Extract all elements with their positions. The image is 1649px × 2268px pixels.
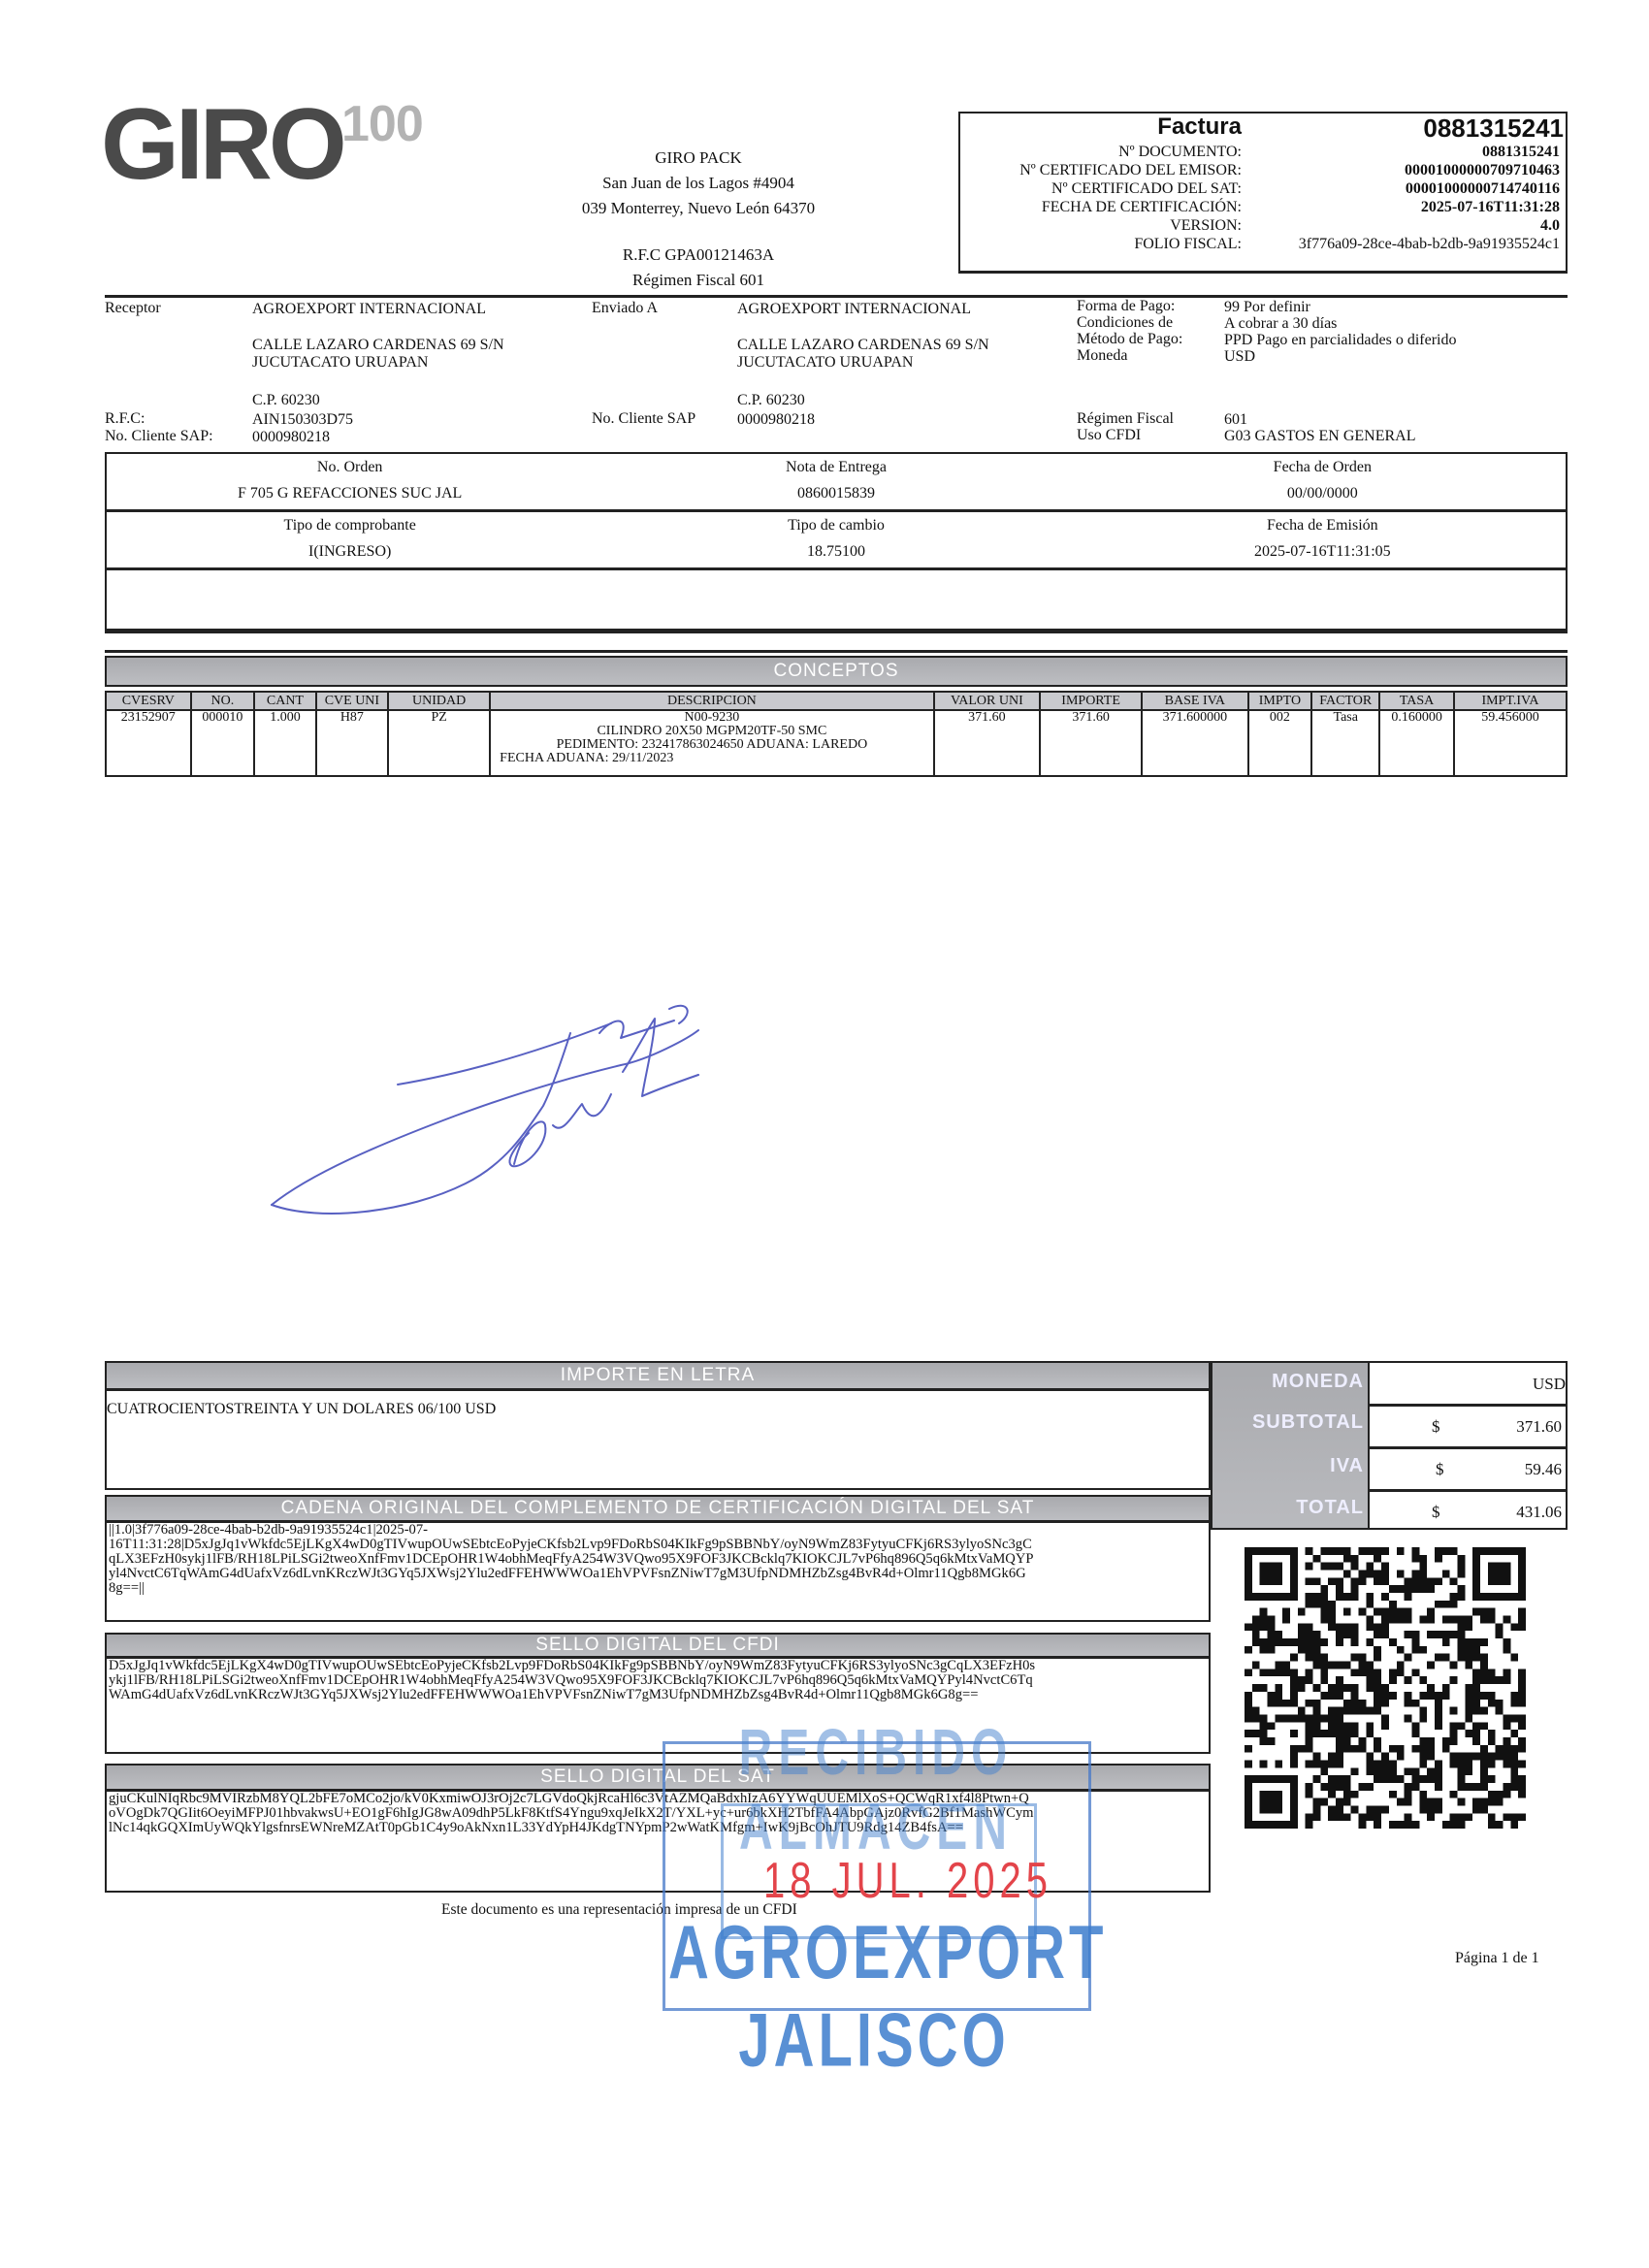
items-header-row: CVESRV NO. CANT CVE UNI UNIDAD DESCRIPCI…: [106, 692, 1567, 710]
ship-to-sap: 0000980218: [737, 412, 815, 428]
invoice-number: 0881315241: [1423, 113, 1564, 144]
ship-to-name: AGROEXPORT INTERNACIONAL: [737, 302, 971, 317]
invoice-title: Factura: [960, 113, 1242, 141]
order-number-cell: No. Orden F 705 G REFACCIONES SUC JAL: [107, 454, 593, 509]
total-label: TOTAL: [1296, 1497, 1364, 1519]
iva-label: IVA: [1330, 1455, 1364, 1477]
moneda-total: USD: [1533, 1375, 1566, 1394]
forma-pago-label: Forma de Pago:: [1077, 299, 1175, 314]
voucher-type-cell: Tipo de comprobante I(INGRESO): [107, 512, 593, 567]
receptor-rfc-label: R.F.C:: [105, 411, 145, 427]
receptor-label: Receptor: [105, 301, 161, 316]
ship-to-street: CALLE LAZARO CARDENAS 69 S/N: [737, 338, 989, 353]
total-row: $ 431.06: [1370, 1491, 1566, 1532]
iva: 59.46: [1525, 1460, 1562, 1479]
importe-letra-text: CUATROCIENTOSTREINTA Y UN DOLARES 06/100…: [107, 1401, 496, 1418]
metodo-pago-label: Método de Pago:: [1077, 332, 1182, 347]
logo-main-text: GIRO: [101, 87, 343, 203]
issue-date-cell: Fecha de Emisión 2025-07-16T11:31:05: [1080, 512, 1566, 567]
totals-values: USD $ 371.60 $ 59.46 $ 431.06: [1368, 1361, 1568, 1530]
field-documento: Nº DOCUMENTO:0881315241: [960, 143, 1562, 161]
moneda: USD: [1224, 349, 1255, 365]
field-version: VERSION:4.0: [960, 216, 1562, 235]
logo-suffix-text: 100: [341, 95, 423, 153]
item-description: N00-9230 CILINDRO 20X50 MGPM20TF-50 SMC …: [490, 710, 933, 776]
field-cert-sat: Nº CERTIFICADO DEL SAT:00001000000714740…: [960, 179, 1562, 198]
issuer-info: GIRO PACK San Juan de los Lagos #4904 03…: [524, 146, 873, 293]
exchange-rate-cell: Tipo de cambio 18.75100: [593, 512, 1079, 567]
moneda-total-row: USD: [1370, 1363, 1566, 1407]
stamp-top-text: RECIBIDO ALMACEN: [672, 1716, 1080, 1865]
receptor-street: CALLE LAZARO CARDENAS 69 S/N: [252, 338, 504, 353]
forma-pago: 99 Por definir: [1224, 300, 1310, 315]
condiciones-label: Condiciones de: [1077, 315, 1173, 331]
totals-labels: MONEDA SUBTOTAL IVA TOTAL: [1211, 1361, 1370, 1530]
order-date-cell: Fecha de Orden 00/00/0000: [1080, 454, 1566, 509]
receptor-cp: C.P. 60230: [252, 393, 320, 408]
subtotal-row: $ 371.60: [1370, 1406, 1566, 1449]
ship-to-sap-label: No. Cliente SAP: [592, 411, 695, 427]
uso-cfdi: G03 GASTOS EN GENERAL: [1224, 429, 1415, 444]
regimen: 601: [1224, 412, 1247, 428]
subtotal: 371.60: [1516, 1417, 1562, 1437]
sello-cfdi-header: SELLO DIGITAL DEL CFDI: [105, 1633, 1211, 1658]
table-row: 23152907 000010 1.000 H87 PZ N00-9230 CI…: [106, 710, 1567, 776]
items-table: CVESRV NO. CANT CVE UNI UNIDAD DESCRIPCI…: [105, 691, 1568, 777]
regimen-label: Régimen Fiscal: [1077, 411, 1174, 427]
page-number: Página 1 de 1: [1455, 1950, 1539, 1967]
conceptos-header: CONCEPTOS: [105, 656, 1568, 687]
received-stamp: RECIBIDO ALMACEN 18 JUL. 2025 AGROEXPORT…: [663, 1741, 1085, 2005]
exchange-rate: 18.75100: [593, 538, 1079, 565]
issuer-address-1: San Juan de los Lagos #4904: [524, 171, 873, 196]
issuer-rfc: R.F.C GPA00121463A: [524, 243, 873, 268]
order-date: 00/00/0000: [1080, 480, 1566, 506]
order-empty-row: [107, 570, 1566, 627]
condiciones: A cobrar a 30 días: [1224, 316, 1337, 332]
uso-cfdi-label: Uso CFDI: [1077, 428, 1141, 443]
receptor-rfc: AIN150303D75: [252, 412, 353, 428]
signature-icon: [262, 980, 718, 1232]
field-cert-emisor: Nº CERTIFICADO DEL EMISOR:00001000000709…: [960, 161, 1562, 179]
issue-date: 2025-07-16T11:31:05: [1080, 538, 1566, 565]
voucher-type: I(INGRESO): [107, 538, 593, 565]
stamp-bottom-text: AGROEXPORT JALISCO: [668, 1909, 1080, 2085]
receptor-name: AGROEXPORT INTERNACIONAL: [252, 302, 486, 317]
metodo-pago: PPD Pago en parcialidades o diferido: [1224, 333, 1457, 348]
stamp-date: 18 JUL. 2025: [763, 1853, 1052, 1910]
divider: [105, 631, 1568, 633]
divider: [105, 650, 1568, 653]
receptor-sap: 0000980218: [252, 430, 330, 445]
qr-code-icon: [1245, 1547, 1526, 1829]
divider: [105, 295, 1568, 298]
cadena-original-header: CADENA ORIGINAL DEL COMPLEMENTO DE CERTI…: [105, 1495, 1211, 1522]
importe-letra-header: IMPORTE EN LETRA: [105, 1361, 1211, 1390]
moneda-total-label: MONEDA: [1272, 1371, 1364, 1393]
field-folio-fiscal: FOLIO FISCAL:3f776a09-28ce-4bab-b2db-9a9…: [960, 235, 1562, 253]
delivery-note: 0860015839: [593, 480, 1079, 506]
ship-to-cp: C.P. 60230: [737, 393, 805, 408]
company-logo: GIRO 100: [101, 97, 469, 204]
field-fecha-cert: FECHA DE CERTIFICACIÓN:2025-07-16T11:31:…: [960, 198, 1562, 216]
ship-to-label: Enviado A: [592, 301, 658, 316]
issuer-name: GIRO PACK: [524, 146, 873, 171]
total: 431.06: [1516, 1503, 1562, 1522]
moneda-label: Moneda: [1077, 348, 1127, 364]
subtotal-label: SUBTOTAL: [1252, 1411, 1364, 1434]
issuer-address-2: 039 Monterrey, Nuevo León 64370: [524, 196, 873, 221]
cadena-original-box: ||1.0|3f776a09-28ce-4bab-b2db-9a91935524…: [105, 1520, 1211, 1622]
importe-letra-box: CUATROCIENTOSTREINTA Y UN DOLARES 06/100…: [105, 1388, 1211, 1490]
order-number: F 705 G REFACCIONES SUC JAL: [107, 480, 593, 506]
order-info-box: No. Orden F 705 G REFACCIONES SUC JAL No…: [105, 452, 1568, 631]
delivery-note-cell: Nota de Entrega 0860015839: [593, 454, 1079, 509]
receptor-city: JUCUTACATO URUAPAN: [252, 355, 428, 371]
iva-row: $ 59.46: [1370, 1448, 1566, 1492]
receptor-sap-label: No. Cliente SAP:: [105, 429, 213, 444]
invoice-header-box: Factura 0881315241 Nº DOCUMENTO:08813152…: [958, 112, 1568, 274]
issuer-regimen: Régimen Fiscal 601: [524, 268, 873, 293]
ship-to-city: JUCUTACATO URUAPAN: [737, 355, 913, 371]
